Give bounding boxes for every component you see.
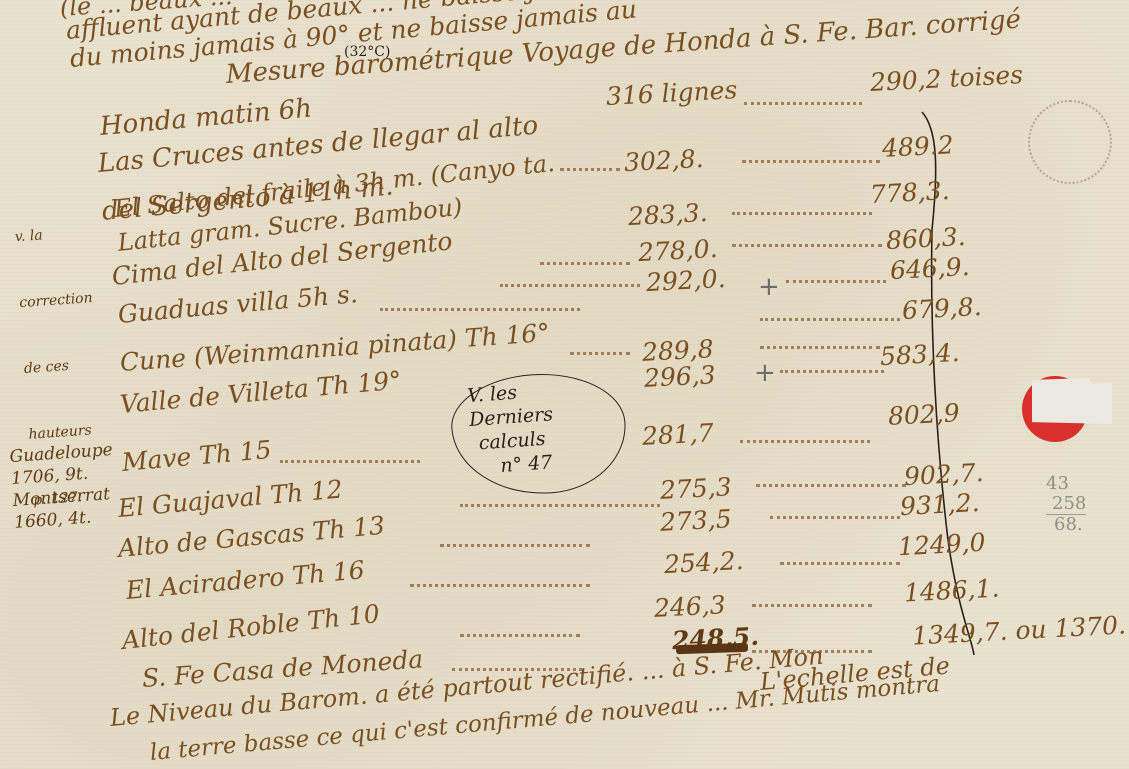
pencil-cross-mark: + — [754, 358, 776, 388]
baro-value: 254,2. — [663, 546, 744, 579]
leader-dots — [410, 584, 590, 587]
leader-dots — [380, 308, 580, 311]
first-value-lignes: 316 lignes — [605, 75, 738, 111]
leader-dots — [780, 562, 900, 565]
baro-value: 302,8. — [623, 144, 704, 177]
margin-note-line: de ces — [23, 353, 98, 380]
baro-value: 278,0. — [637, 234, 718, 267]
baro-value: 275,3 — [659, 472, 732, 505]
baro-value: 281,7 — [641, 418, 714, 451]
boxed-note: V. les Derniers calculs n° 47 — [467, 378, 557, 480]
margin-note-line: correction — [19, 287, 94, 314]
manuscript-page: (le ... beaux ... affluent ayant de beau… — [0, 0, 1129, 769]
leader-dots — [540, 262, 630, 265]
leader-dots — [460, 504, 660, 507]
seal-paper-patch — [1032, 378, 1112, 424]
leader-dots — [732, 244, 882, 247]
leader-dots — [460, 634, 580, 637]
station-name: El Aciradero Th 16 — [125, 555, 366, 605]
leader-dots — [570, 352, 630, 355]
height-value: 646,9. — [889, 252, 970, 285]
baro-value: 283,3. — [627, 198, 708, 231]
leader-dots — [760, 346, 880, 349]
station-name: Alto del Roble Th 10 — [120, 599, 381, 655]
pencil-number: 43 — [1046, 474, 1086, 494]
leader-dots — [500, 284, 640, 287]
pencil-calculation: 43 258 68. — [1046, 474, 1086, 535]
first-value-toises: 290,2 toises — [869, 60, 1023, 97]
height-value: 931,2. — [899, 488, 980, 521]
station-name: El Guajaval Th 12 — [117, 474, 344, 523]
pencil-number: 68. — [1046, 514, 1086, 535]
leader-dots — [742, 160, 880, 163]
margin-note-guadeloupe: Guadeloupe 1706, 9t. Montserrat 1660, 4t… — [9, 439, 118, 534]
height-value: 1486,1. — [903, 574, 1000, 608]
height-value: 902,7. — [903, 458, 984, 491]
leader-dots — [280, 460, 420, 463]
height-value: 778,3. — [869, 176, 950, 209]
leader-dots — [756, 484, 906, 487]
leader-dots — [786, 280, 886, 283]
pencil-cross-mark: + — [758, 272, 780, 302]
pencil-number: 258 — [1046, 494, 1086, 514]
baro-value: 296,3 — [643, 360, 716, 393]
station-name: Cune (Weinmannia pinata) Th 16° — [119, 318, 551, 377]
faded-library-stamp — [1028, 100, 1112, 184]
height-value: 679,8. — [901, 292, 982, 325]
baro-value: 273,5 — [659, 504, 732, 537]
station-name: Mave Th 15 — [121, 435, 273, 477]
baro-value: 292,0. — [645, 264, 726, 297]
margin-note-line: v. la — [14, 221, 89, 248]
leader-dots — [732, 212, 872, 215]
leader-dots — [760, 318, 900, 321]
leader-dots — [752, 604, 872, 607]
height-value: 802,9 — [887, 398, 960, 431]
height-value: 583,4. — [879, 338, 960, 371]
height-value: 489.2 — [881, 130, 954, 163]
leader-dots — [780, 370, 884, 373]
baro-value: 246,3 — [653, 590, 726, 623]
leader-dots — [440, 544, 590, 547]
leader-dots — [770, 516, 900, 519]
leader-dots — [744, 102, 862, 105]
height-value: 1249,0 — [897, 528, 986, 562]
leader-dots — [740, 440, 870, 443]
height-value: 860,3. — [885, 222, 966, 255]
